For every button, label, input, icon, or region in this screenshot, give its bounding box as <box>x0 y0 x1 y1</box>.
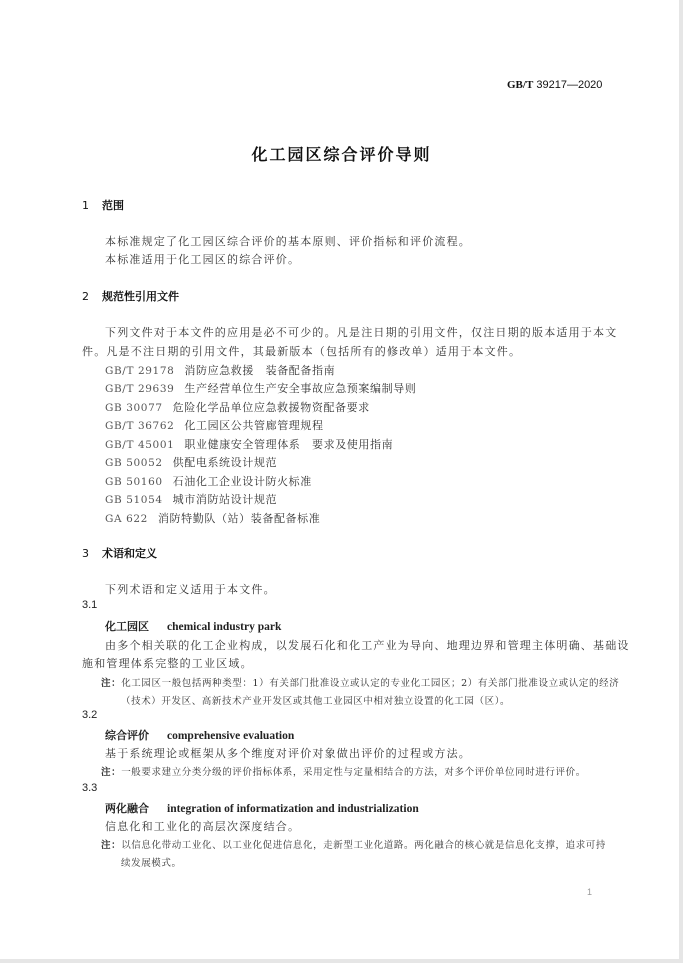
term-note: 注：化工园区一般包括两种类型：1）有关部门批准设立或认定的专业化工园区；2）有关… <box>101 675 619 689</box>
document-title: 化工园区综合评价导则 <box>0 142 683 165</box>
reference-item: GB 50052供配电系统设计规范 <box>105 454 277 470</box>
references-intro-line-2: 件。凡是不注日期的引用文件，其最新版本（包括所有的修改单）适用于本文件。 <box>82 343 521 359</box>
section-heading-terms: 3术语和定义 <box>82 545 157 561</box>
term-note-continued: 续发展模式。 <box>121 855 182 869</box>
reference-item: GA 622消防特勤队（站）装备配备标准 <box>105 510 320 526</box>
terms-intro: 下列术语和定义适用于本文件。 <box>105 581 276 597</box>
term-definition-continued: 施和管理体系完整的工业区域。 <box>82 655 253 671</box>
term-number: 3.2 <box>82 709 97 721</box>
reference-item: GB 51054城市消防站设计规范 <box>105 491 277 507</box>
term-heading: 综合评价comprehensive evaluation <box>105 727 294 743</box>
reference-item: GB 30077危险化学品单位应急救援物资配备要求 <box>105 399 370 415</box>
reference-item: GB/T 36762化工园区公共管廊管理规程 <box>105 417 324 433</box>
page-number: 1 <box>587 887 592 897</box>
references-intro-line-1: 下列文件对于本文件的应用是必不可少的。凡是注日期的引用文件，仅注日期的版本适用于… <box>105 324 617 340</box>
reference-item: GB/T 29178消防应急救援 装备配备指南 <box>105 362 335 378</box>
section-heading-scope: 1范围 <box>82 197 124 213</box>
standard-number: GB/T 39217—2020 <box>507 79 602 91</box>
scope-paragraph-1: 本标准规定了化工园区综合评价的基本原则、评价指标和评价流程。 <box>105 233 471 249</box>
term-definition: 信息化和工业化的高层次深度结合。 <box>105 818 300 834</box>
document-page: GB/T 39217—2020 化工园区综合评价导则 1范围 本标准规定了化工园… <box>0 0 679 959</box>
scope-paragraph-2: 本标准适用于化工园区的综合评价。 <box>105 251 300 267</box>
term-definition: 基于系统理论或框架从多个维度对评价对象做出评价的过程或方法。 <box>105 745 471 761</box>
term-number: 3.3 <box>82 782 97 794</box>
term-heading: 两化融合integration of informatization and i… <box>105 800 419 816</box>
section-heading-references: 2规范性引用文件 <box>82 288 179 304</box>
term-heading: 化工园区chemical industry park <box>105 618 281 634</box>
term-number: 3.1 <box>82 599 97 611</box>
term-note: 注：一般要求建立分类分级的评价指标体系，采用定性与定量相结合的方法，对多个评价单… <box>101 764 586 778</box>
reference-item: GB 50160石油化工企业设计防火标准 <box>105 473 312 489</box>
term-note: 注：以信息化带动工业化、以工业化促进信息化，走新型工业化道路。两化融合的核心就是… <box>101 837 606 851</box>
term-note-continued: （技术）开发区、高新技术产业开发区或其他工业园区中相对独立设置的化工园（区）。 <box>121 693 510 707</box>
reference-item: GB/T 29639生产经营单位生产安全事故应急预案编制导则 <box>105 380 416 396</box>
reference-item: GB/T 45001职业健康安全管理体系 要求及使用指南 <box>105 436 393 452</box>
term-definition: 由多个相关联的化工企业构成，以发展石化和化工产业为导向、地理边界和管理主体明确、… <box>105 637 630 653</box>
